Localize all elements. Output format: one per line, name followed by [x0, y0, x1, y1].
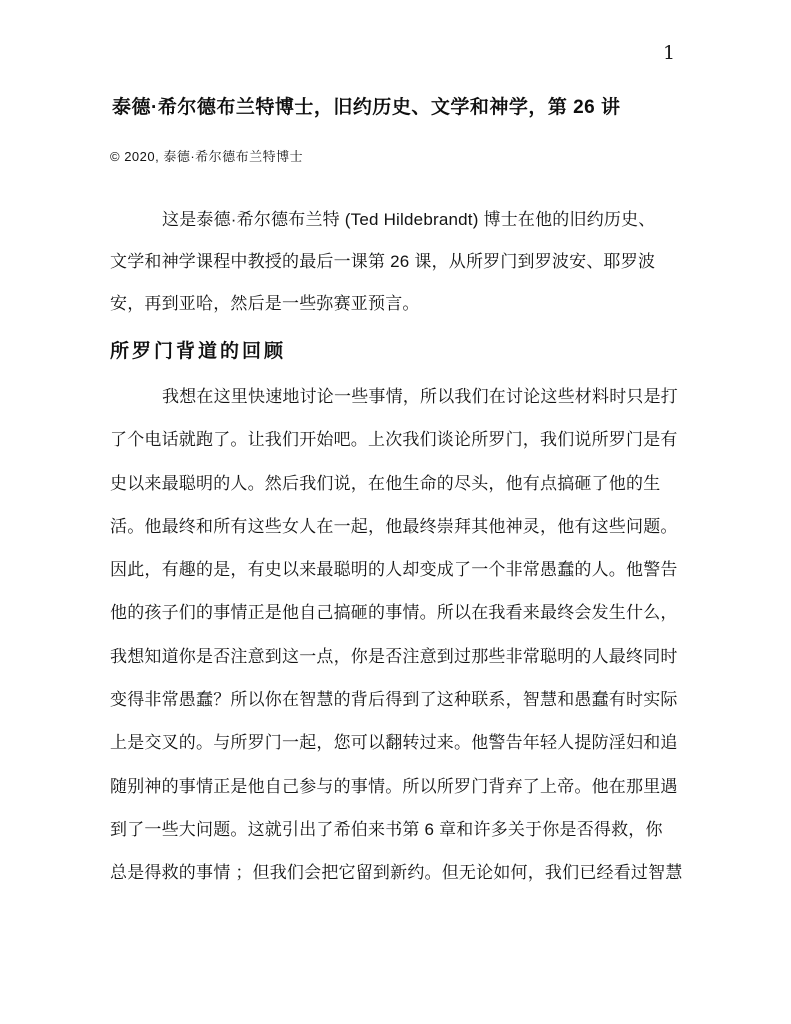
text-line: 了个电话就跑了。让我们开始吧。上次我们谈论所罗门，我们说所罗门是有 — [110, 418, 720, 461]
text-line: 他的孩子们的事情正是他自己搞砸的事情。所以在我看来最终会发生什么， — [110, 591, 720, 634]
text-line: 总是得救的事情 ；但我们会把它留到新约。但无论如何，我们已经看过智慧 — [110, 851, 720, 894]
text-line: 活。他最终和所有这些女人在一起，他最终崇拜其他神灵，他有这些问题。 — [110, 505, 720, 548]
text-line: 史以来最聪明的人。然后我们说，在他生命的尽头，他有点搞砸了他的生 — [110, 462, 720, 505]
text-line: 文学和神学课程中教授的最后一课第 26 课，从所罗门到罗波安、耶罗波 — [110, 241, 720, 283]
intro-paragraph: 这是泰德·希尔德布兰特 (Ted Hildebrandt) 博士在他的旧约历史、… — [110, 199, 720, 325]
page-number: 1 — [663, 42, 675, 64]
text-line: 这是泰德·希尔德布兰特 (Ted Hildebrandt) 博士在他的旧约历史、 — [110, 199, 720, 241]
text-line: 随别神的事情正是他自己参与的事情。所以所罗门背弃了上帝。他在那里遇 — [110, 765, 720, 808]
text-line: 到了一些大问题。这就引出了希伯来书第 6 章和许多关于你是否得救，你 — [110, 808, 720, 851]
text-line: 我想在这里快速地讨论一些事情，所以我们在讨论这些材料时只是打 — [110, 375, 720, 418]
doc-title: 泰德·希尔德布兰特博士，旧约历史、文学和神学，第 26 讲 — [112, 92, 621, 119]
text-line: 变得非常愚蠢？所以你在智慧的背后得到了这种联系，智慧和愚蠢有时实际 — [110, 678, 720, 721]
text-line: 上是交叉的。与所罗门一起，您可以翻转过来。他警告年轻人提防淫妇和追 — [110, 721, 720, 764]
section-heading: 所罗门背道的回顾 — [110, 336, 286, 363]
body-paragraph: 我想在这里快速地讨论一些事情，所以我们在讨论这些材料时只是打了个电话就跑了。让我… — [110, 375, 720, 895]
text-line: 安，再到亚哈，然后是一些弥赛亚预言。 — [110, 283, 720, 325]
copyright-line: © 2020, 泰德·希尔德布兰特博士 — [110, 146, 303, 165]
text-line: 我想知道你是否注意到这一点，你是否注意到过那些非常聪明的人最终同时 — [110, 635, 720, 678]
document-page: 1 泰德·希尔德布兰特博士，旧约历史、文学和神学，第 26 讲 © 2020, … — [0, 0, 791, 1024]
text-line: 因此，有趣的是，有史以来最聪明的人却变成了一个非常愚蠢的人。他警告 — [110, 548, 720, 591]
